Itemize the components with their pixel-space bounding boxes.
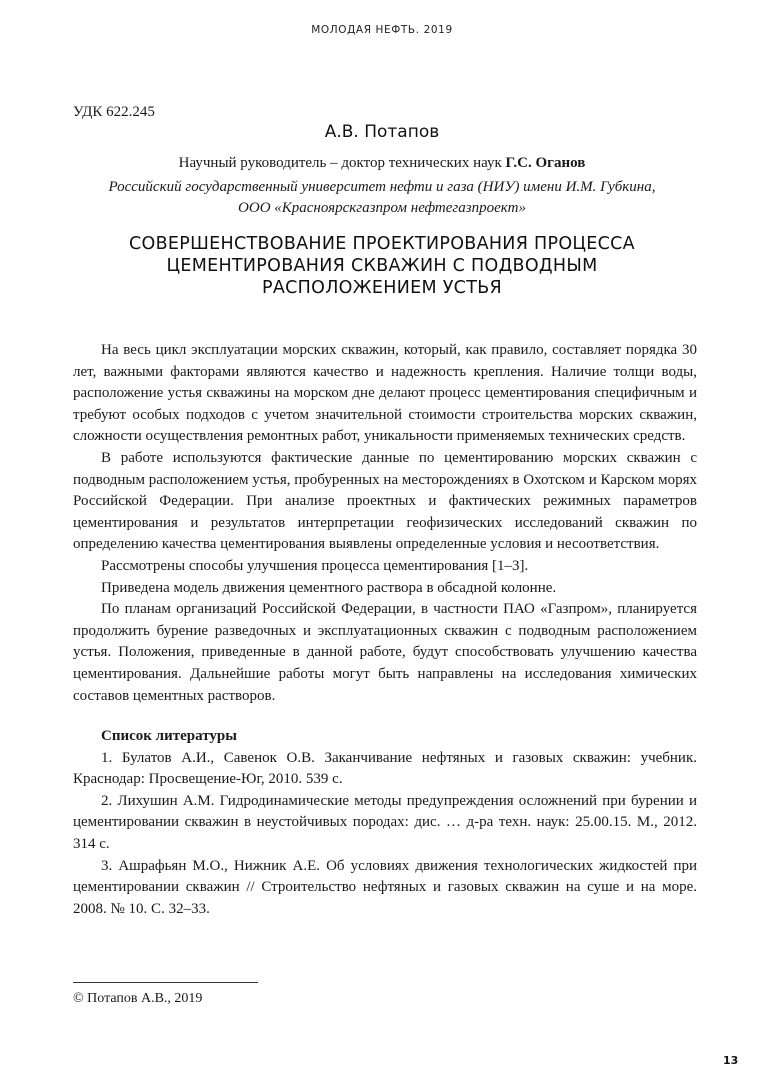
article-title: СОВЕРШЕНСТВОВАНИЕ ПРОЕКТИРОВАНИЯ ПРОЦЕСС… [80, 233, 684, 299]
title-line: ЦЕМЕНТИРОВАНИЯ СКВАЖИН С ПОДВОДНЫМ [80, 255, 684, 277]
references-section: Список литературы 1. Булатов А.И., Савен… [73, 726, 697, 920]
reference-item: 3. Ашрафьян М.О., Нижник А.Е. Об условия… [73, 856, 697, 921]
running-head: МОЛОДАЯ НЕФТЬ. 2019 [0, 24, 764, 36]
reference-item: 1. Булатов А.И., Савенок О.В. Заканчиван… [73, 748, 697, 791]
supervisor-line: Научный руководитель – доктор технически… [0, 155, 764, 172]
body-paragraph: Приведена модель движения цементного рас… [73, 578, 697, 600]
supervisor-name: Г.С. Оганов [506, 155, 586, 171]
body-paragraph: На весь цикл эксплуатации морских скважи… [73, 340, 697, 448]
udk-code: УДК 622.245 [73, 104, 155, 121]
body-paragraph: В работе используются фактические данные… [73, 448, 697, 556]
affiliation-line: ООО «Красноярскгазпром нефтегазпроект» [0, 198, 764, 219]
affiliation: Российский государственный университет н… [0, 177, 764, 219]
title-line: СОВЕРШЕНСТВОВАНИЕ ПРОЕКТИРОВАНИЯ ПРОЦЕСС… [80, 233, 684, 255]
references-heading: Список литературы [73, 726, 697, 748]
article-body: На весь цикл эксплуатации морских скважи… [73, 340, 697, 707]
footnote-divider [73, 982, 258, 983]
affiliation-line: Российский государственный университет н… [0, 177, 764, 198]
page-number: 13 [723, 1054, 738, 1067]
body-paragraph: Рассмотрены способы улучшения процесса ц… [73, 556, 697, 578]
title-line: РАСПОЛОЖЕНИЕМ УСТЬЯ [80, 277, 684, 299]
body-paragraph: По планам организаций Российской Федерац… [73, 599, 697, 707]
author-name: А.В. Потапов [0, 122, 764, 142]
supervisor-prefix: Научный руководитель – доктор технически… [179, 155, 506, 171]
reference-item: 2. Лихушин А.М. Гидродинамические методы… [73, 791, 697, 856]
copyright-footnote: © Потапов А.В., 2019 [73, 991, 202, 1007]
